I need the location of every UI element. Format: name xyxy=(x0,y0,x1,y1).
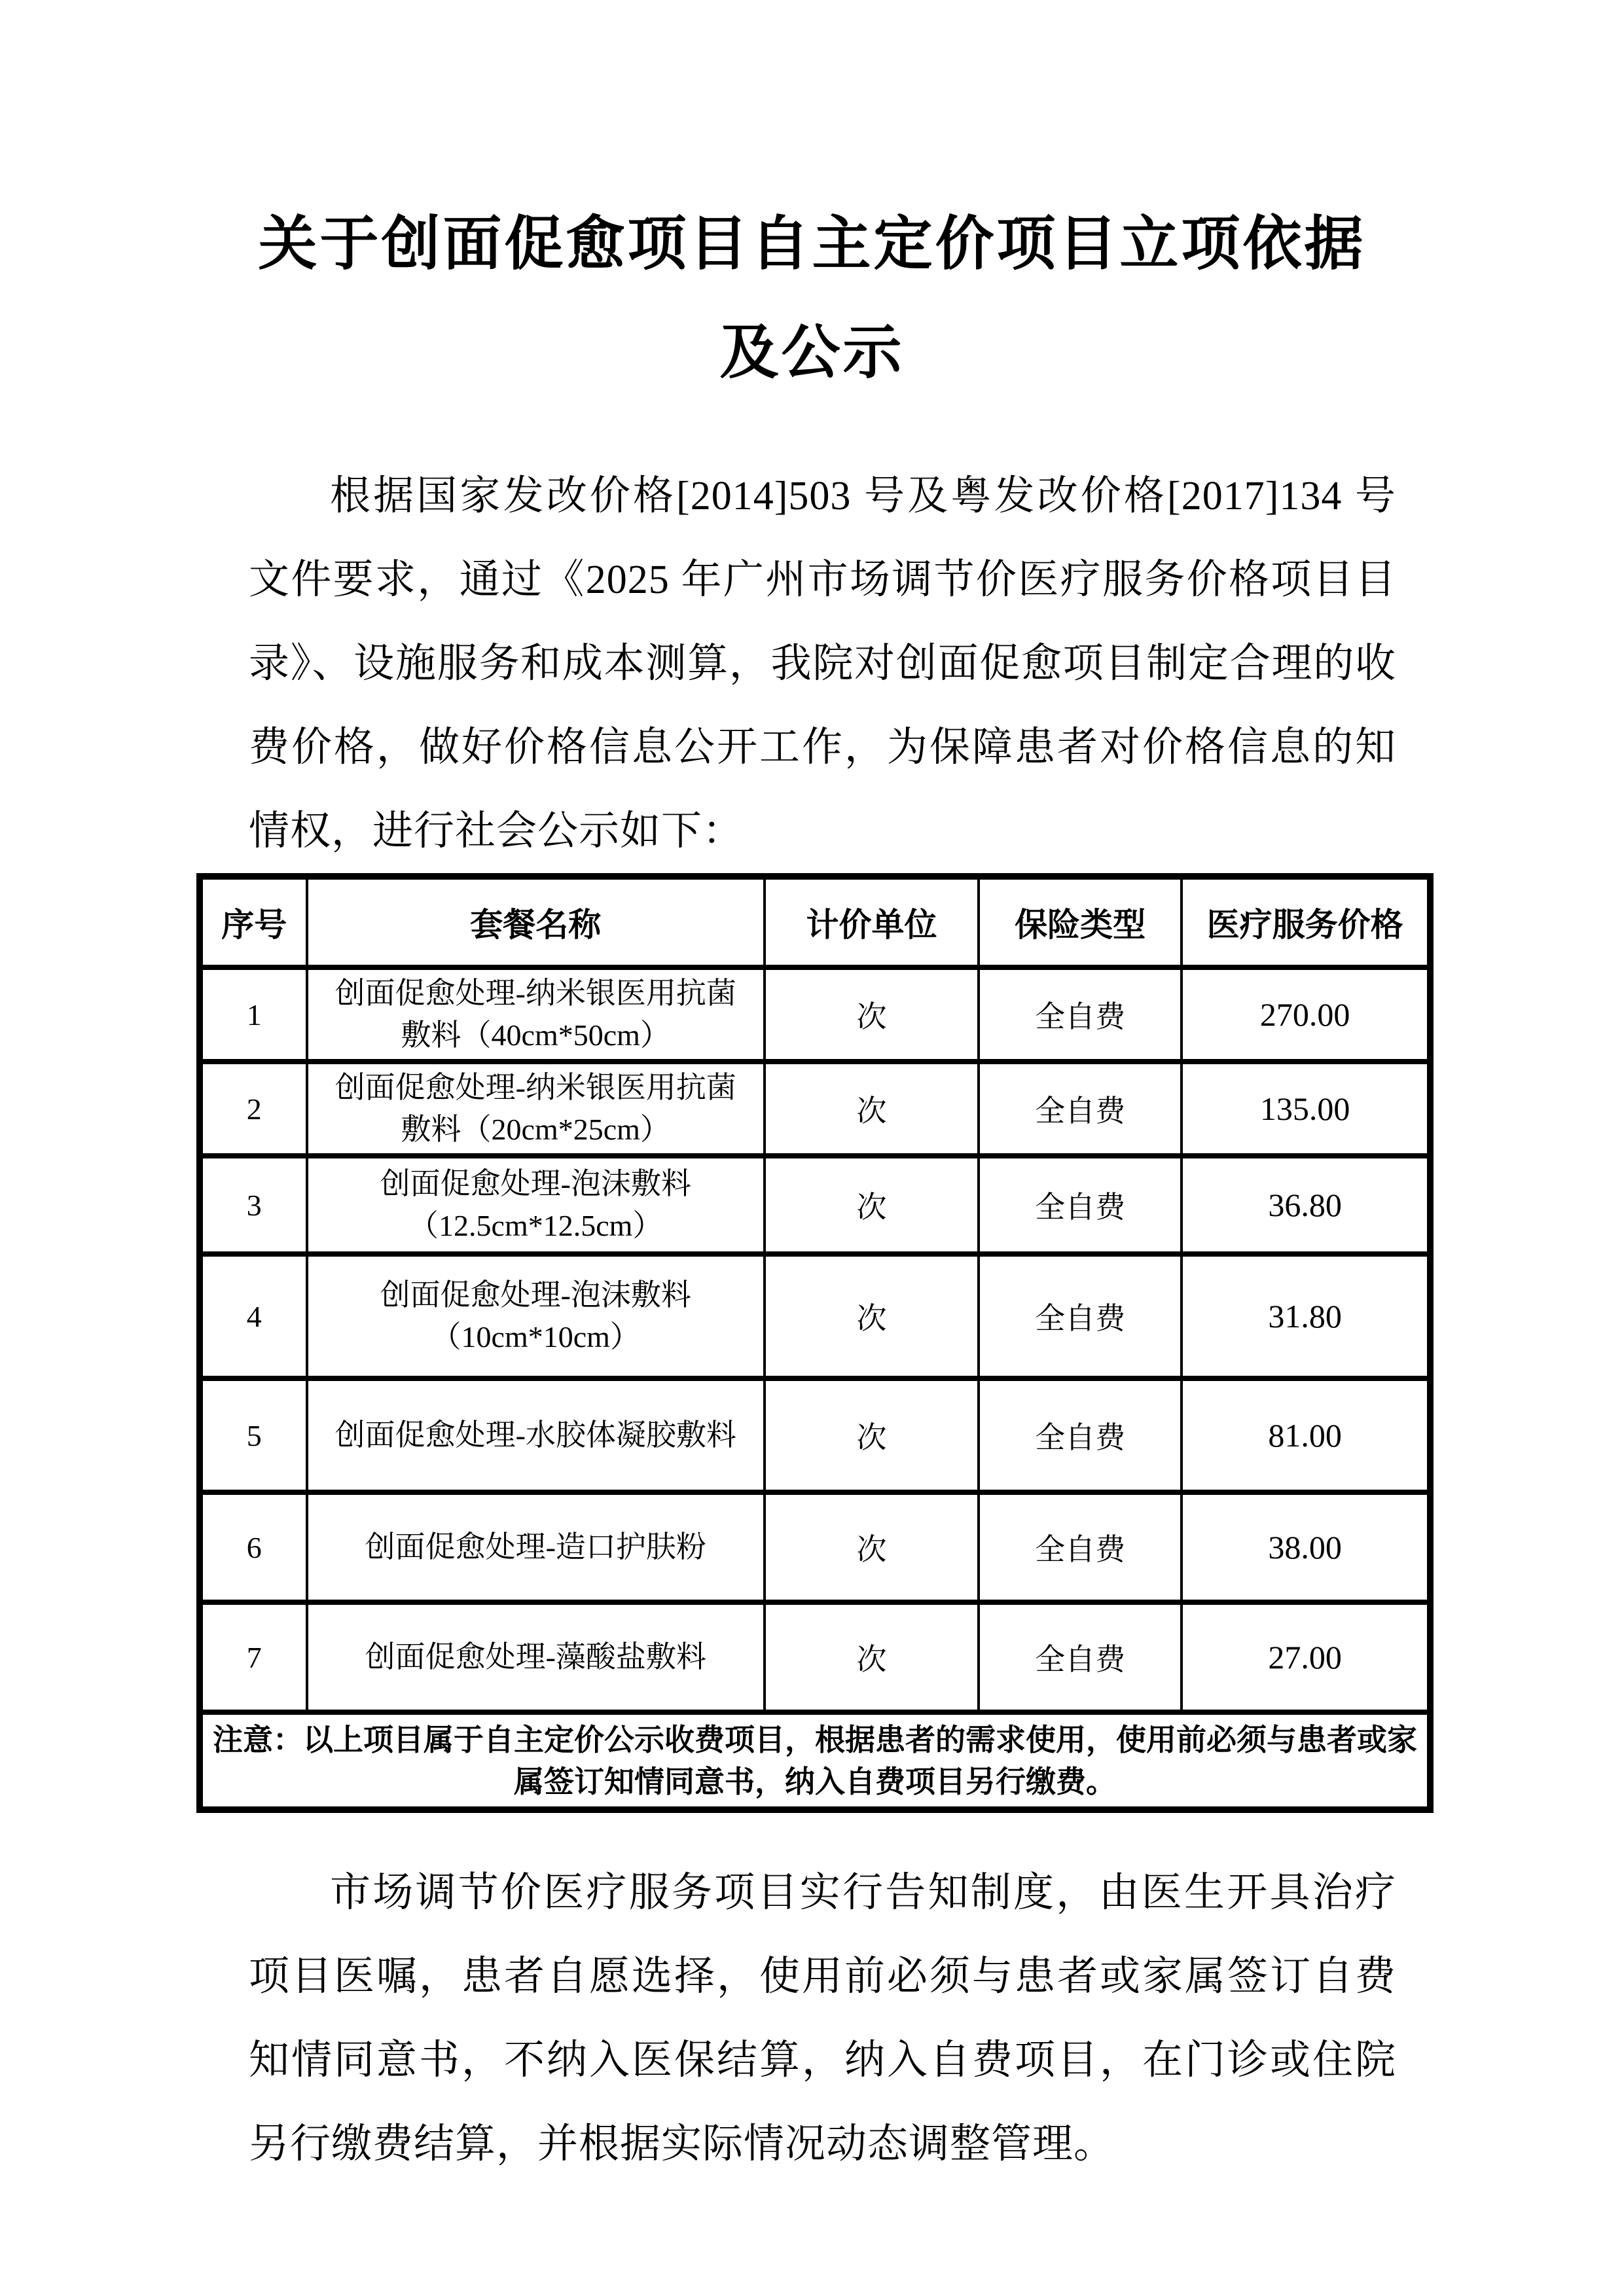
table-row: 6 创面促愈处理-造口护肤粉 次 全自费 38.00 xyxy=(200,1492,1430,1602)
document-title: 关于创面促愈项目自主定价项目立项依据 及公示 xyxy=(0,0,1624,407)
table-row: 7 创面促愈处理-藻酸盐敷料 次 全自费 27.00 xyxy=(200,1602,1430,1712)
cell-insurance-type: 全自费 xyxy=(979,967,1182,1062)
cell-service-price: 36.80 xyxy=(1182,1156,1430,1254)
cell-insurance-type: 全自费 xyxy=(979,1254,1182,1378)
table-row: 4 创面促愈处理-泡沫敷料（10cm*10cm） 次 全自费 31.80 xyxy=(200,1254,1430,1378)
table-row: 1 创面促愈处理-纳米银医用抗菌敷料（40cm*50cm） 次 全自费 270.… xyxy=(200,967,1430,1062)
table-row: 3 创面促愈处理-泡沫敷料（12.5cm*12.5cm） 次 全自费 36.80 xyxy=(200,1156,1430,1254)
cell-unit: 次 xyxy=(765,1378,979,1492)
cell-insurance-type: 全自费 xyxy=(979,1156,1182,1254)
cell-insurance-type: 全自费 xyxy=(979,1378,1182,1492)
table-row: 5 创面促愈处理-水胶体凝胶敷料 次 全自费 81.00 xyxy=(200,1378,1430,1492)
title-line-1: 关于创面促愈项目自主定价项目立项依据 xyxy=(0,190,1624,298)
cell-service-price: 27.00 xyxy=(1182,1602,1430,1712)
cell-service-price: 270.00 xyxy=(1182,967,1430,1062)
cell-service-price: 31.80 xyxy=(1182,1254,1430,1378)
title-line-2: 及公示 xyxy=(0,298,1624,407)
cell-service-price: 81.00 xyxy=(1182,1378,1430,1492)
document-page: 关于创面促愈项目自主定价项目立项依据 及公示 根据国家发改价格[2014]503… xyxy=(0,0,1624,2296)
cell-package-name: 创面促愈处理-水胶体凝胶敷料 xyxy=(307,1378,765,1492)
cell-service-price: 38.00 xyxy=(1182,1492,1430,1602)
cell-service-price: 135.00 xyxy=(1182,1062,1430,1156)
intro-paragraph: 根据国家发改价格[2014]503 号及粤发改价格[2017]134 号文件要求… xyxy=(249,454,1396,873)
note-text: 注意：以上项目属于自主定价公示收费项目，根据患者的需求使用，使用前必须与患者或家… xyxy=(200,1712,1430,1810)
cell-seq: 6 xyxy=(200,1492,307,1602)
header-cell-unit: 计价单位 xyxy=(765,876,979,967)
cell-unit: 次 xyxy=(765,1602,979,1712)
cell-package-name: 创面促愈处理-藻酸盐敷料 xyxy=(307,1602,765,1712)
header-cell-package-name: 套餐名称 xyxy=(307,876,765,967)
header-cell-seq: 序号 xyxy=(200,876,307,967)
cell-unit: 次 xyxy=(765,1062,979,1156)
table-row: 2 创面促愈处理-纳米银医用抗菌敷料（20cm*25cm） 次 全自费 135.… xyxy=(200,1062,1430,1156)
cell-insurance-type: 全自费 xyxy=(979,1602,1182,1712)
cell-package-name: 创面促愈处理-泡沫敷料（12.5cm*12.5cm） xyxy=(307,1156,765,1254)
cell-unit: 次 xyxy=(765,1156,979,1254)
cell-unit: 次 xyxy=(765,1492,979,1602)
cell-unit: 次 xyxy=(765,1254,979,1378)
closing-paragraph: 市场调节价医疗服务项目实行告知制度，由医生开具治疗项目医嘱，患者自愿选择，使用前… xyxy=(249,1851,1396,2186)
cell-package-name: 创面促愈处理-泡沫敷料（10cm*10cm） xyxy=(307,1254,765,1378)
table-note-row: 注意：以上项目属于自主定价公示收费项目，根据患者的需求使用，使用前必须与患者或家… xyxy=(200,1712,1430,1810)
cell-package-name: 创面促愈处理-纳米银医用抗菌敷料（40cm*50cm） xyxy=(307,967,765,1062)
cell-package-name: 创面促愈处理-纳米银医用抗菌敷料（20cm*25cm） xyxy=(307,1062,765,1156)
cell-seq: 4 xyxy=(200,1254,307,1378)
header-cell-service-price: 医疗服务价格 xyxy=(1182,876,1430,967)
cell-seq: 7 xyxy=(200,1602,307,1712)
cell-seq: 3 xyxy=(200,1156,307,1254)
table-header-row: 序号 套餐名称 计价单位 保险类型 医疗服务价格 xyxy=(200,876,1430,967)
cell-seq: 2 xyxy=(200,1062,307,1156)
cell-insurance-type: 全自费 xyxy=(979,1062,1182,1156)
pricing-table: 序号 套餐名称 计价单位 保险类型 医疗服务价格 1 创面促愈处理-纳米银医用抗… xyxy=(196,873,1434,1813)
cell-insurance-type: 全自费 xyxy=(979,1492,1182,1602)
cell-seq: 1 xyxy=(200,967,307,1062)
header-cell-insurance-type: 保险类型 xyxy=(979,876,1182,967)
cell-package-name: 创面促愈处理-造口护肤粉 xyxy=(307,1492,765,1602)
cell-unit: 次 xyxy=(765,967,979,1062)
cell-seq: 5 xyxy=(200,1378,307,1492)
